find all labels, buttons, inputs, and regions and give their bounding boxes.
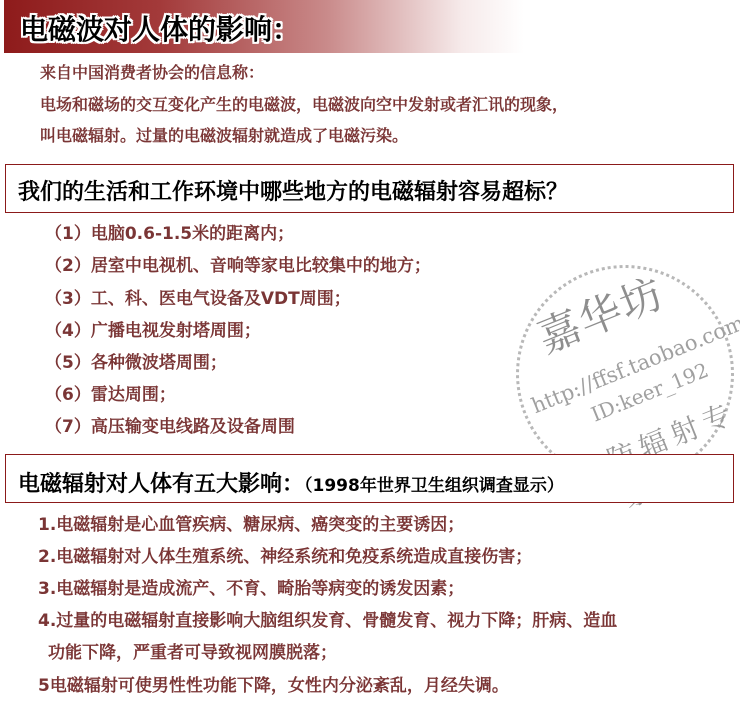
list-item: 4.过量的电磁辐射直接影响大脑组织发育、骨髓发育、视力下降；肝病、造血: [38, 606, 617, 631]
section1-title: 电磁波对人体的影响：: [20, 8, 300, 48]
section1-line: 叫电磁辐射。过量的电磁波辐射就造成了电磁污染。: [40, 123, 408, 146]
list-item: 2.电磁辐射对人体生殖系统、神经系统和免疫系统造成直接伤害；: [38, 542, 532, 567]
section1-line: 电场和磁场的交互变化产生的电磁波，电磁波向空中发射或者汇讯的现象，: [40, 92, 568, 115]
list-item: （5）各种微波塔周围；: [45, 348, 227, 373]
list-item: （1）电脑0.6-1.5米的距离内；: [45, 219, 294, 244]
list-item: （7）高压输变电线路及设备周围: [45, 412, 295, 437]
list-item: 功能下降，严重者可导致视网膜脱落；: [48, 638, 337, 663]
list-item: 5电磁辐射可使男性性功能下降，女性内分泌紊乱，月经失调。: [38, 671, 509, 696]
list-item: 3.电磁辐射是造成流产、不育、畸胎等病变的诱发因素；: [38, 574, 464, 599]
list-item: （3）工、科、医电气设备及VDT周围；: [45, 284, 351, 309]
section1-line: 来自中国消费者协会的信息称：: [40, 60, 264, 83]
list-item: （6）雷达周围；: [45, 380, 176, 405]
section1-header-banner: 电磁波对人体的影响：: [4, 0, 524, 53]
section3-title: 电磁辐射对人体有五大影响：: [18, 472, 304, 497]
section3-title-row: 电磁辐射对人体有五大影响：（1998年世界卫生组织调查显示）: [18, 467, 564, 498]
list-item: （2）居室中电视机、音响等家电比较集中的地方；: [45, 251, 431, 276]
section2-header-box: 我们的生活和工作环境中哪些地方的电磁辐射容易超标？: [5, 164, 734, 213]
section2-title: 我们的生活和工作环境中哪些地方的电磁辐射容易超标？: [18, 175, 568, 206]
section3-header-box: 电磁辐射对人体有五大影响：（1998年世界卫生组织调查显示）: [5, 454, 734, 503]
list-item: （4）广播电视发射塔周围；: [45, 316, 261, 341]
list-item: 1.电磁辐射是心血管疾病、糖尿病、癌突变的主要诱因；: [38, 510, 464, 535]
section3-subtitle: （1998年世界卫生组织调查显示）: [304, 476, 564, 496]
